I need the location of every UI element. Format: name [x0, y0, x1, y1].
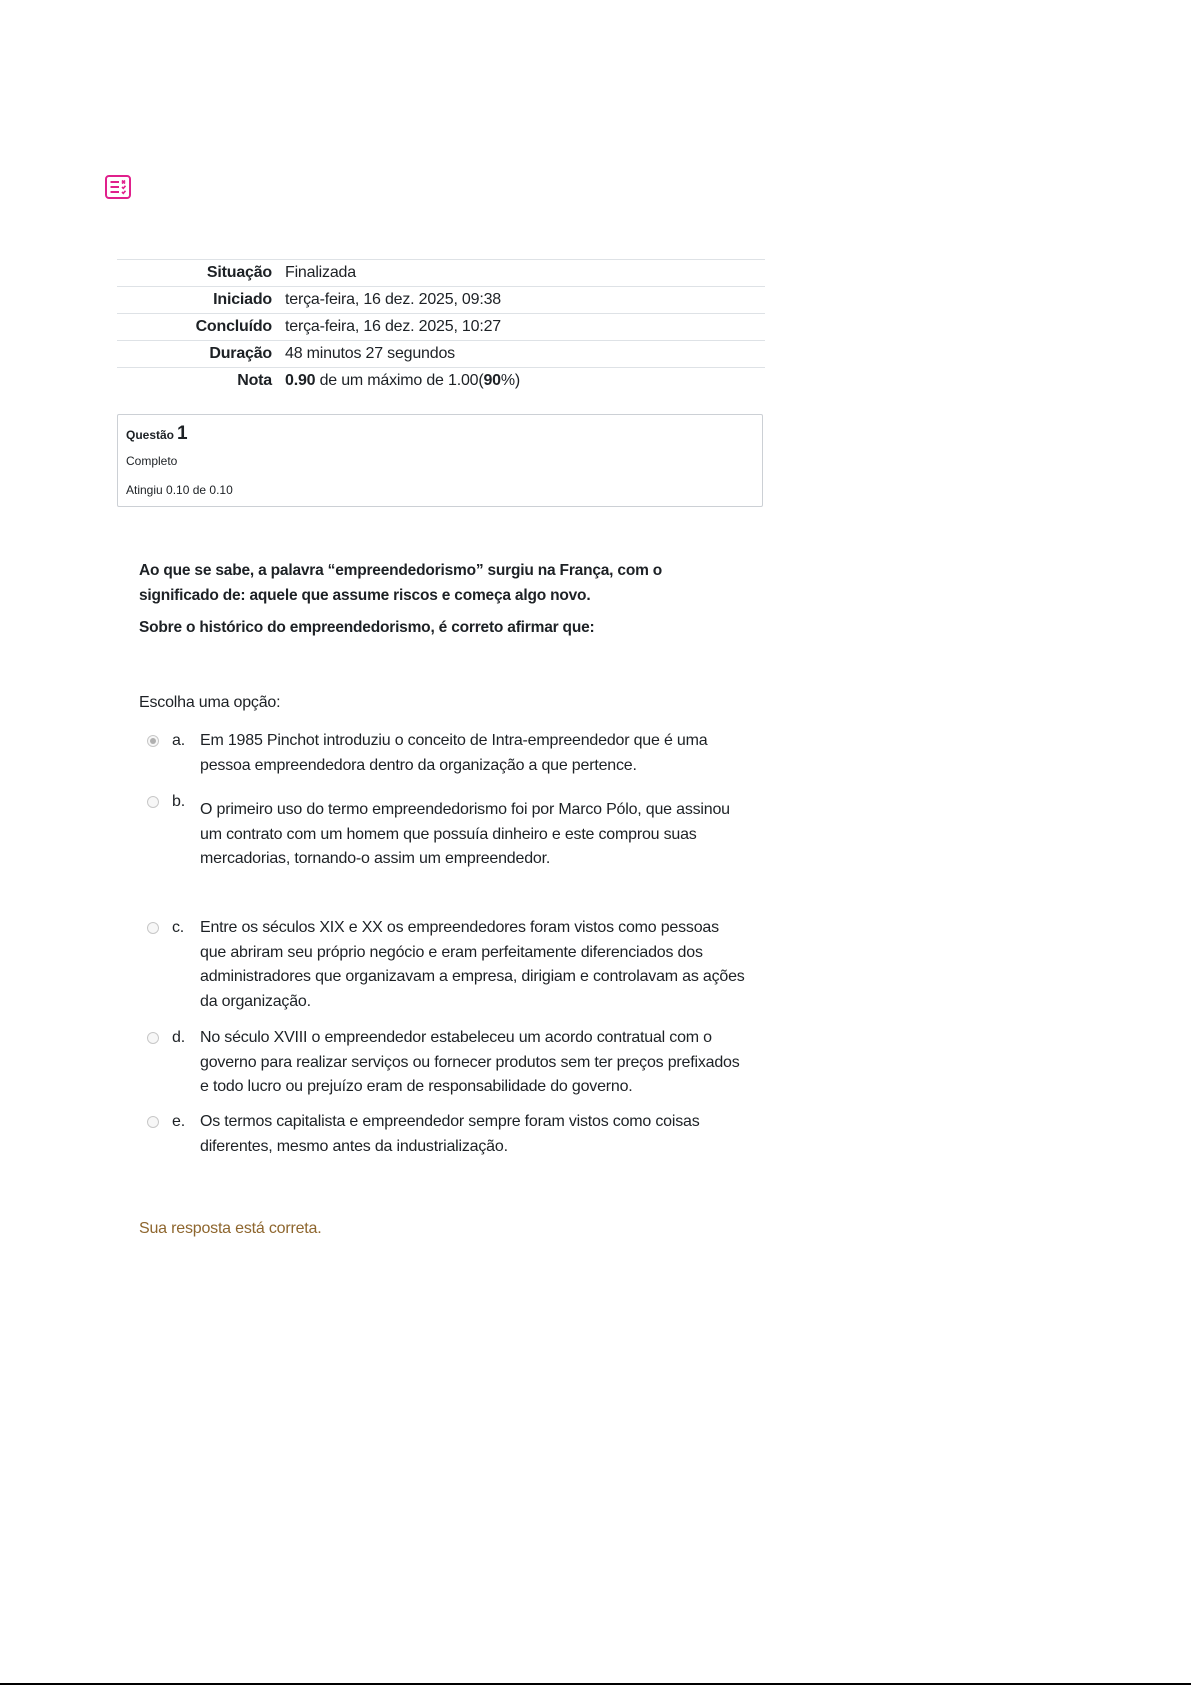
summary-label: Situação	[117, 260, 282, 287]
summary-row-situacao: Situação Finalizada	[117, 260, 765, 287]
question-grade: Atingiu 0.10 de 0.10	[126, 483, 233, 497]
grade-percent: 90	[483, 372, 500, 389]
grade-end: %)	[501, 372, 520, 389]
question-info-box: Questão1 Completo Atingiu 0.10 de 0.10	[117, 414, 763, 507]
option-text[interactable]: Os termos capitalista e empreendedor sem…	[200, 1110, 745, 1159]
option-letter: d.	[172, 1026, 185, 1051]
answer-feedback: Sua resposta está correta.	[139, 1220, 321, 1238]
grade-middle: de um máximo de 1.00(	[315, 372, 483, 389]
question-label: Questão	[126, 428, 174, 442]
summary-label: Concluído	[117, 314, 282, 341]
question-state: Completo	[126, 454, 177, 468]
summary-value: terça-feira, 16 dez. 2025, 10:27	[282, 314, 765, 341]
option-letter: b.	[172, 790, 185, 815]
grade-score: 0.90	[285, 372, 315, 389]
quiz-list-icon	[105, 175, 129, 199]
option-letter: c.	[172, 916, 184, 941]
summary-value: 48 minutos 27 segundos	[282, 341, 765, 368]
question-text: Ao que se sabe, a palavra “empreendedori…	[139, 558, 719, 647]
radio-button[interactable]	[147, 796, 159, 808]
summary-row-concluido: Concluído terça-feira, 16 dez. 2025, 10:…	[117, 314, 765, 341]
summary-label: Duração	[117, 341, 282, 368]
summary-value: terça-feira, 16 dez. 2025, 09:38	[282, 287, 765, 314]
summary-grade-value: 0.90 de um máximo de 1.00(90%)	[282, 368, 765, 395]
radio-button[interactable]	[147, 1032, 159, 1044]
summary-row-nota: Nota 0.90 de um máximo de 1.00(90%)	[117, 368, 765, 395]
attempt-summary-table: Situação Finalizada Iniciado terça-feira…	[117, 259, 765, 395]
option-text[interactable]: Em 1985 Pinchot introduziu o conceito de…	[200, 729, 745, 778]
radio-button-checked[interactable]	[147, 735, 159, 747]
option-letter: e.	[172, 1110, 185, 1135]
option-letter: a.	[172, 729, 185, 754]
option-text[interactable]: No século XVIII o empreendedor estabelec…	[200, 1026, 745, 1100]
option-text[interactable]: O primeiro uso do termo empreendedorismo…	[200, 798, 745, 872]
option-text[interactable]: Entre os séculos XIX e XX os empreendedo…	[200, 916, 745, 1014]
question-paragraph: Sobre o histórico do empreendedorismo, é…	[139, 615, 719, 640]
summary-row-duracao: Duração 48 minutos 27 segundos	[117, 341, 765, 368]
summary-label: Iniciado	[117, 287, 282, 314]
summary-value: Finalizada	[282, 260, 765, 287]
question-number: Questão1	[126, 423, 188, 445]
question-paragraph: Ao que se sabe, a palavra “empreendedori…	[139, 558, 719, 608]
summary-label: Nota	[117, 368, 282, 395]
answer-prompt: Escolha uma opção:	[139, 694, 280, 712]
question-number-value: 1	[177, 423, 188, 444]
radio-button[interactable]	[147, 1116, 159, 1128]
radio-button[interactable]	[147, 922, 159, 934]
summary-row-iniciado: Iniciado terça-feira, 16 dez. 2025, 09:3…	[117, 287, 765, 314]
